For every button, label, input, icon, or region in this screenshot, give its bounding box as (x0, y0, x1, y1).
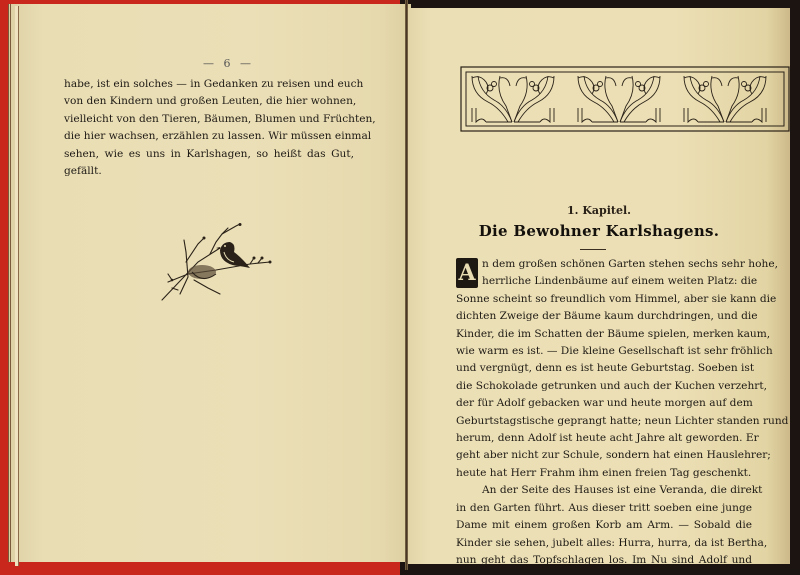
text-line: Kinder, die im Schatten der Bäume spiele… (456, 326, 752, 343)
chapter-title: Die Bewohner Karlshagens. (408, 222, 790, 240)
text-line: Geburtstagstische geprangt hatte; neun L… (456, 413, 752, 430)
text-line: gefällt. (64, 163, 354, 180)
paragraph-1: A n dem großen schönen Garten stehen sec… (456, 256, 752, 482)
title-divider (580, 249, 606, 250)
text-line: habe, ist ein solches — in Gedanken zu r… (64, 76, 354, 93)
left-page-body: habe, ist ein solches — in Gedanken zu r… (64, 76, 354, 180)
text-line: herrliche Lindenbäume auf einem weiten P… (456, 273, 752, 290)
text-line: dichten Zweige der Bäume kaum durchdring… (456, 308, 752, 325)
drop-cap: A (456, 258, 478, 288)
page-number: — 6 — (203, 57, 254, 70)
text-line: An der Seite des Hauses ist eine Veranda… (456, 482, 752, 499)
text-line: der für Adolf gebacken war und heute mor… (456, 395, 752, 412)
page-edge (15, 6, 19, 566)
book-gutter (405, 0, 408, 570)
text-line: Kinder sie sehen, jubelt alles: Hurra, h… (456, 535, 752, 552)
text-line: vielleicht von den Tieren, Bäumen, Blume… (64, 111, 354, 128)
bird-icon (158, 222, 273, 302)
floral-border-icon (460, 66, 790, 132)
text-line: wie warm es ist. — Die kleine Gesellscha… (456, 343, 752, 360)
text-line: heute hat Herr Frahm ihm einen freien Ta… (456, 465, 752, 482)
text-line: n dem großen schönen Garten stehen sechs… (456, 256, 752, 273)
text-line: geht aber nicht zur Schule, sondern hat … (456, 447, 752, 464)
text-line: Dame mit einem großen Korb am Arm. — Sob… (456, 517, 752, 534)
text-line: die Schokolade getrunken und auch der Ku… (456, 378, 752, 395)
right-page-body: A n dem großen schönen Garten stehen sec… (456, 256, 752, 569)
floral-ornament-header (460, 66, 790, 132)
text-line: in den Garten führt. Aus dieser tritt so… (456, 500, 752, 517)
chapter-label: 1. Kapitel. (408, 204, 790, 217)
text-line: sehen, wie es uns in Karlshagen, so heiß… (64, 146, 354, 163)
text-line: von den Kindern und großen Leuten, die h… (64, 93, 354, 110)
text-line: nun geht das Topfschlagen los. Im Nu sin… (456, 552, 752, 569)
bird-on-branch-illustration (158, 222, 273, 302)
text-line: herum, denn Adolf ist heute acht Jahre a… (456, 430, 752, 447)
text-line: und vergnügt, denn es ist heute Geburtst… (456, 360, 752, 377)
text-line: Sonne scheint so freundlich vom Himmel, … (456, 291, 752, 308)
text-line: die hier wachsen, erzählen zu lassen. Wi… (64, 128, 354, 145)
paragraph-2: An der Seite des Hauses ist eine Veranda… (456, 482, 752, 569)
